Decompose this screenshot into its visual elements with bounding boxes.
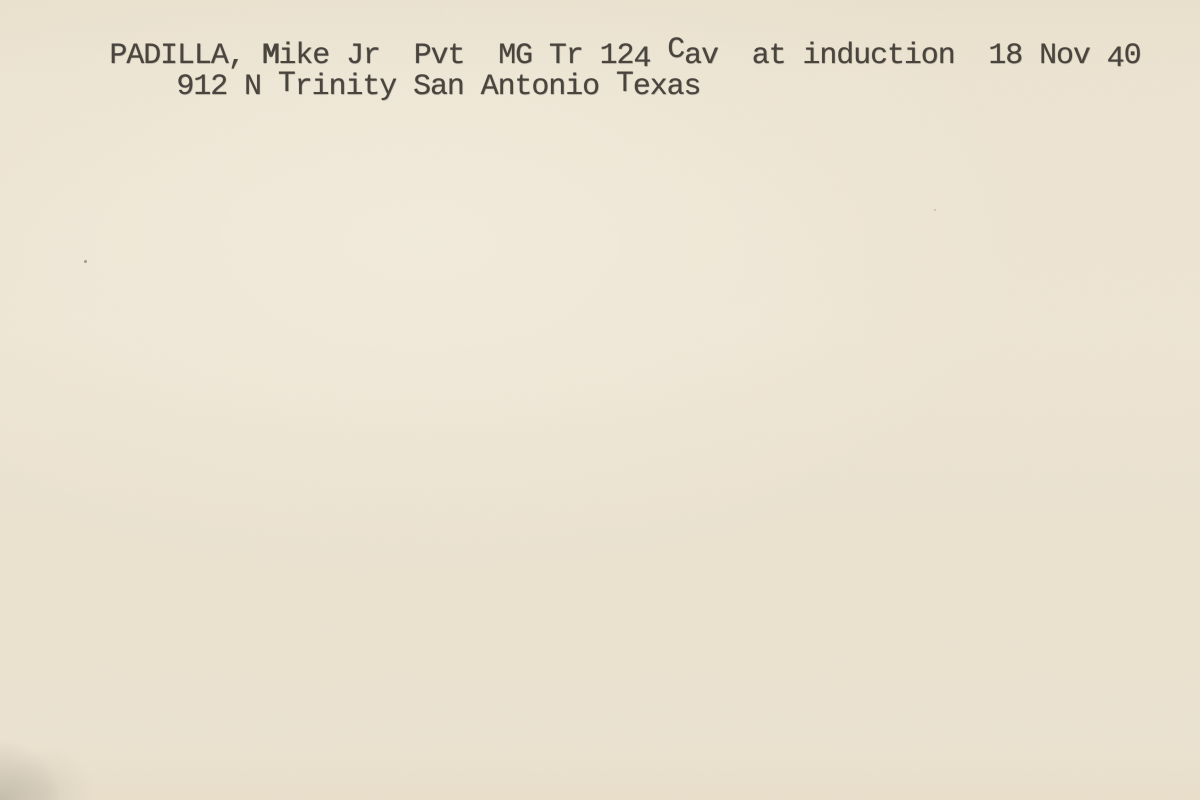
paper-speck [84, 260, 87, 263]
street-city-text: rinity San Antonio [295, 70, 616, 104]
typed-line-2: 912 N Trinity San Antonio Texas [75, 36, 700, 138]
high-struck-t: T [278, 67, 295, 101]
induction-date-text: av at induction 18 Nov [684, 39, 1107, 73]
state-text: exas [633, 70, 701, 104]
index-card: PADILLA, Mike Jr Pvt MG Tr 124 Cav at in… [0, 0, 1200, 800]
paper-speck [934, 209, 936, 211]
year-digit: 0 [1124, 39, 1141, 73]
high-struck-t: T [616, 67, 633, 101]
street-number-text: 912 N [176, 70, 277, 104]
typewriter-four: 4 [1107, 42, 1124, 76]
